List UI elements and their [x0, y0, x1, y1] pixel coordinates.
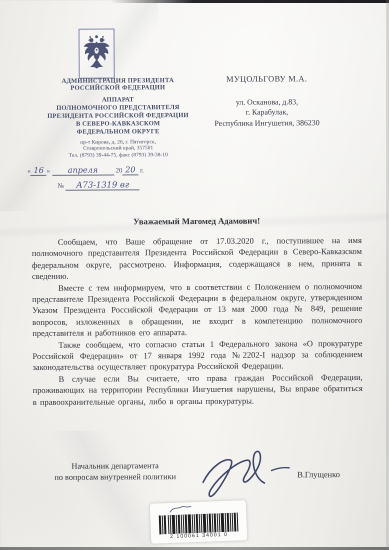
- coat-of-arms-frame: [78, 28, 114, 78]
- pen-mark-icon: [168, 503, 194, 514]
- signer-title: Начальник департамента по вопросам внутр…: [37, 460, 193, 483]
- reference-number-handwritten: А73-1319 вг: [66, 179, 140, 190]
- org-address: пр-т Кирова, д. 26, г. Пятигорск, Ставро…: [23, 139, 213, 159]
- number-label: №: [57, 183, 64, 190]
- org-address-line: Тел. (8793) 39-44-75, факс (8793) 39-38-…: [23, 151, 213, 158]
- recipient-name: МУЦОЛЬГОВУ М.А.: [196, 74, 338, 84]
- year-prefix: 20: [116, 167, 123, 174]
- date-line: «16» апреля 2020 г.: [27, 165, 197, 176]
- day-handwritten: 16: [31, 166, 47, 176]
- body-paragraph: Также сообщаем, что согласно статьи 1 Фе…: [32, 338, 362, 374]
- paper-sheet: АДМИНИСТРАЦИЯ ПРЕЗИДЕНТА РОССИЙСКОЙ ФЕДЕ…: [0, 0, 389, 550]
- signer-name: В.Глущенко: [297, 470, 377, 479]
- body-paragraph: Сообщаем, что Ваше обращение от 17.03.20…: [32, 235, 362, 283]
- apparatus-line: ФЕДЕРАЛЬНОМ ОКРУГЕ: [23, 128, 213, 137]
- quote-close: »: [47, 168, 50, 175]
- recipient-block: МУЦОЛЬГОВУ М.А. ул. Осканова, д.83, г. К…: [196, 74, 338, 129]
- year-handwritten: 20: [122, 165, 138, 175]
- apparatus-line: ПРЕЗИДЕНТА РОССИЙСКОЙ ФЕДЕРАЦИИ: [23, 112, 213, 121]
- signer-title-line: по вопросам внутренней политики: [37, 471, 193, 483]
- salutation: Уважаемый Магомед Адамович!: [32, 215, 362, 227]
- letter-body: Сообщаем, что Ваше обращение от 17.03.20…: [32, 235, 363, 408]
- recipient-address: ул. Осканова, д.83, г. Карабулак, Респуб…: [196, 97, 338, 129]
- org-name: АДМИНИСТРАЦИЯ ПРЕЗИДЕНТА РОССИЙСКОЙ ФЕДЕ…: [23, 77, 213, 93]
- recipient-address-line: Республика Ингушетия, 386230: [196, 118, 338, 129]
- barcode-label: 2 100061 34001 0: [150, 500, 247, 544]
- reference-number-line: № А73-1319 вг: [57, 179, 197, 191]
- handwritten-signature-icon: [196, 444, 301, 504]
- scan-edge-top: [110, 0, 389, 3]
- body-paragraph: В случае если Вы считаете, что права гра…: [33, 372, 363, 408]
- russian-coat-of-arms-icon: [82, 32, 112, 76]
- scanned-letter: АДМИНИСТРАЦИЯ ПРЕЗИДЕНТА РОССИЙСКОЙ ФЕДЕ…: [0, 0, 389, 550]
- apparatus-name: АППАРАТ ПОЛНОМОЧНОГО ПРЕДСТАВИТЕЛЯ ПРЕЗИ…: [23, 96, 213, 137]
- year-suffix: г.: [140, 167, 144, 174]
- body-paragraph: Вместе с тем информируем, что в соответс…: [32, 281, 362, 340]
- month-handwritten: апреля: [52, 165, 114, 175]
- org-name-line: РОССИЙСКОЙ ФЕДЕРАЦИИ: [23, 84, 213, 93]
